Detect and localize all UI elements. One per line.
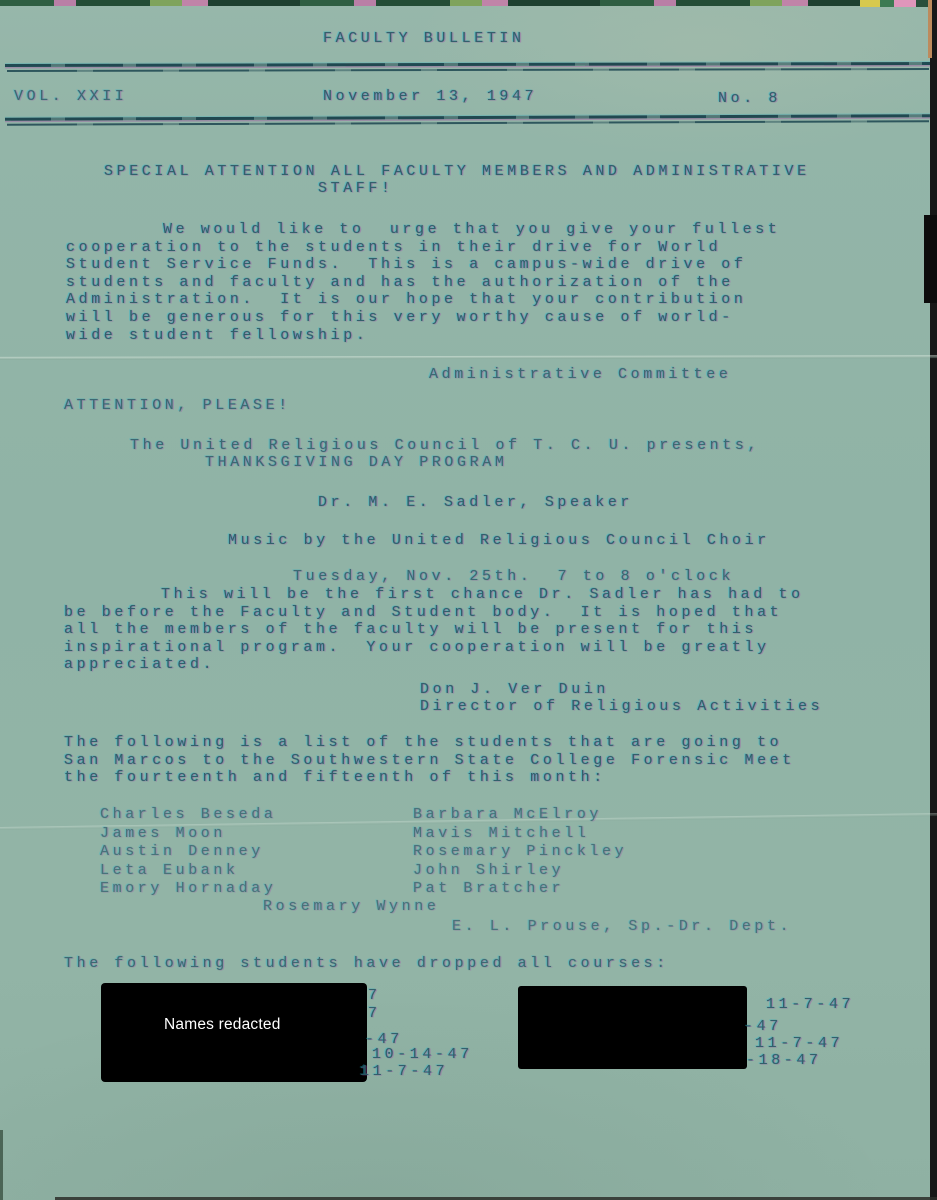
scan-edge-notch	[924, 215, 937, 303]
program-datetime: Tuesday, Nov. 25th. 7 to 8 o'clock	[293, 568, 734, 586]
redaction-box-right	[518, 986, 747, 1069]
document-page: FACULTY BULLETIN VOL. XXII November 13, …	[0, 0, 937, 1200]
masthead-rule-bottom	[5, 114, 930, 128]
program-signature-name: Don J. Ver Duin	[420, 681, 609, 699]
page-title: FACULTY BULLETIN	[323, 30, 525, 48]
scan-edge-left	[0, 1130, 3, 1200]
program-body: This will be the first chance Dr. Sadler…	[64, 586, 804, 674]
program-music: Music by the United Religious Council Ch…	[228, 532, 770, 550]
dropped-intro: The following students have dropped all …	[64, 955, 669, 973]
notice-heading-line2: STAFF!	[318, 180, 394, 198]
volume-label: VOL. XXII	[14, 88, 127, 106]
program-signature-title: Director of Religious Activities	[420, 698, 823, 716]
redaction-box-left: Names redacted	[101, 983, 367, 1082]
program-intro: The United Religious Council of T. C. U.…	[130, 437, 760, 455]
dropped-date-fragment: -47	[744, 1018, 782, 1036]
forensic-name-center: Rosemary Wynne	[263, 898, 439, 916]
notice-body: We would like to urge that you give your…	[66, 221, 780, 344]
attention-heading: ATTENTION, PLEASE!	[64, 397, 291, 415]
issue-date: November 13, 1947	[323, 88, 537, 106]
issue-number: No. 8	[718, 90, 781, 108]
dropped-date-fragment: 11-7-47	[360, 1063, 448, 1081]
scan-edge-top-right	[860, 0, 937, 7]
forensic-signature: E. L. Prouse, Sp.-Dr. Dept.	[452, 918, 792, 936]
scan-edge-tan-strip	[928, 0, 932, 58]
dropped-date-fragment: 11-7-47	[766, 996, 854, 1014]
forensic-names-right-column: Barbara McElroy Mavis Mitchell Rosemary …	[413, 806, 627, 899]
notice-heading-line1: SPECIAL ATTENTION ALL FACULTY MEMBERS AN…	[104, 163, 810, 181]
dropped-date-fragment: -18-47	[746, 1052, 822, 1070]
program-title: THANKSGIVING DAY PROGRAM	[205, 454, 507, 472]
dropped-date-fragment: 7	[368, 1005, 381, 1023]
dropped-date-fragment: 11-7-47	[755, 1035, 843, 1053]
scan-edge-right	[930, 0, 937, 1200]
paper-crease-upper	[0, 355, 937, 360]
redaction-label: Names redacted	[164, 1016, 281, 1034]
masthead-rule-top	[5, 62, 930, 74]
notice-signature: Administrative Committee	[429, 366, 731, 384]
program-speaker: Dr. M. E. Sadler, Speaker	[318, 494, 633, 512]
dropped-date-fragment: 7	[368, 987, 381, 1005]
forensic-names-left-column: Charles Beseda James Moon Austin Denney …	[100, 806, 276, 899]
scan-edge-top	[0, 0, 937, 6]
dropped-date-fragment: 10-14-47	[372, 1046, 473, 1064]
forensic-intro: The following is a list of the students …	[64, 734, 795, 787]
